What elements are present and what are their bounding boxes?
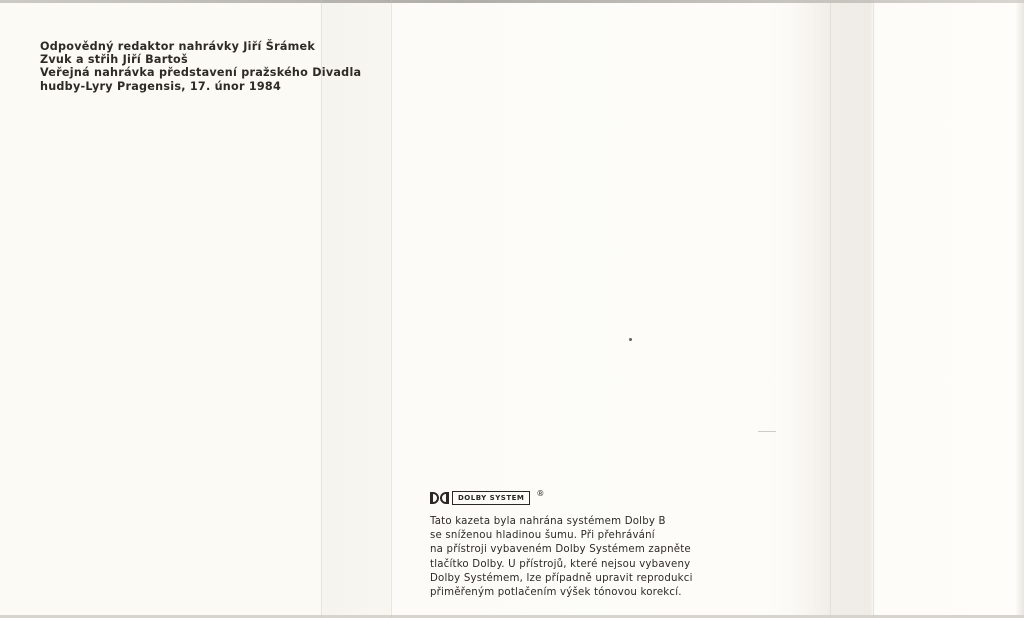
credit-line: Odpovědný redaktor nahrávky Jiří Šrámek xyxy=(40,40,361,53)
notice-line: na přístroji vybaveném Dolby Systémem za… xyxy=(430,543,693,557)
scan-top-edge xyxy=(0,0,1024,3)
notice-line: Tato kazeta byla nahrána systémem Dolby … xyxy=(430,515,693,529)
registered-mark: ® xyxy=(536,489,544,498)
fold-line xyxy=(391,0,392,618)
fold-line xyxy=(830,0,831,618)
credit-line: Veřejná nahrávka představení pražského D… xyxy=(40,66,361,79)
notice-line: Dolby Systémem, lze případně upravit rep… xyxy=(430,572,693,586)
notice-line: se sníženou hladinou šumu. Při přehráván… xyxy=(430,529,693,543)
notice-line: tlačítko Dolby. U přístrojů, které nejso… xyxy=(430,558,693,572)
paper-speck xyxy=(629,338,632,341)
credit-line: hudby-Lyry Pragensis, 17. únor 1984 xyxy=(40,80,361,93)
paper-mark xyxy=(758,431,776,432)
fold-line xyxy=(873,0,874,618)
recording-credits: Odpovědný redaktor nahrávky Jiří Šrámek … xyxy=(40,40,361,93)
dolby-system-label: DOLBY SYSTEM xyxy=(452,491,530,505)
cassette-insert-card: Odpovědný redaktor nahrávky Jiří Šrámek … xyxy=(0,0,1024,618)
dolby-notice: Tato kazeta byla nahrána systémem Dolby … xyxy=(430,515,693,600)
dolby-logo-block: DOLBY SYSTEM ® xyxy=(430,491,544,505)
credit-line: Zvuk a střih Jiří Bartoš xyxy=(40,53,361,66)
notice-line: přiměřeným potlačením výšek tónovou kore… xyxy=(430,586,693,600)
dolby-double-d-icon xyxy=(430,492,449,504)
